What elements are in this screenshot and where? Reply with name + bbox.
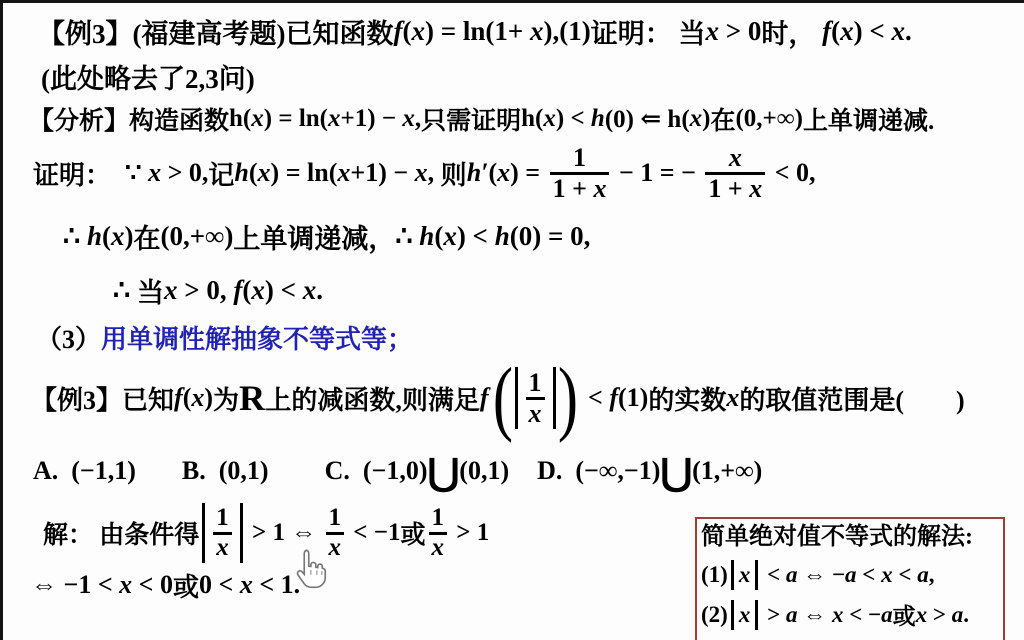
text-run: ),(1)	[544, 16, 591, 47]
hand-pointer-cursor	[293, 546, 329, 592]
math-fraction: 1x	[526, 369, 545, 427]
text-run: a	[952, 602, 964, 628]
text-run: > 1	[450, 519, 489, 547]
fraction-numerator: x	[726, 144, 745, 171]
text-run: 的实数	[648, 380, 726, 417]
text-run: h	[87, 221, 102, 252]
content-line-9: A. (−1,1)B. (0,1)C. (−1,0)⋃(0,1)D. (−∞,−…	[33, 449, 762, 493]
text-run: f	[480, 383, 489, 413]
absolute-value-bars: x	[731, 560, 759, 590]
text-run: ⋃	[660, 454, 692, 492]
text-run: (此处略去了2,3问)	[41, 57, 255, 96]
content-line-6: ∴ 当x > 0, f(x) < x.	[113, 267, 323, 313]
text-run: (1)	[701, 562, 728, 588]
note-box-items: (1)x < a ⇔ −a < x < a,(2)x > a ⇔ x < −a或…	[701, 555, 999, 635]
text-run: 或	[401, 515, 426, 551]
note-box-title: 简单绝对值不等式的解法:	[701, 521, 999, 555]
text-run: R	[239, 380, 265, 416]
text-run: )	[204, 383, 213, 413]
math-fraction: 1x	[213, 505, 232, 561]
text-run: x	[148, 158, 161, 188]
text-run: x	[739, 602, 751, 628]
text-run: x	[916, 602, 928, 628]
text-run: ⇔	[797, 602, 832, 628]
text-run: (0,1)	[459, 456, 509, 486]
text-run: >	[761, 602, 786, 628]
text-run: h(	[229, 105, 251, 133]
text-run: h(	[521, 105, 543, 133]
text-run: ∵	[125, 158, 148, 188]
text-run: x	[543, 105, 556, 133]
text-run: x	[432, 535, 445, 561]
content-line-2: (此处略去了2,3问)	[41, 55, 255, 97]
text-run: (0) ⇐ h(	[605, 104, 690, 134]
spacer	[269, 471, 325, 472]
text-run: 的取值范围是( )	[739, 380, 964, 417]
highlight-text-run: 用单调性解抽象不等式等；	[101, 319, 413, 356]
text-run: D. (−∞,−1)	[537, 456, 660, 486]
content-line-5: ∴ h(x)在(0,+∞)上单调递减，∴ h(x) < h(0) = 0,	[63, 213, 590, 259]
text-run: <	[857, 562, 882, 588]
text-run: 1 +	[553, 175, 594, 202]
text-run: < 0	[132, 570, 173, 600]
fraction-denominator: x	[429, 535, 448, 561]
text-run: x	[497, 158, 510, 188]
lecture-slide: 【例3】(福建高考题)已知函数f(x) = ln(1+ x),(1)证明： 当x…	[0, 0, 1024, 640]
text-run: x	[749, 175, 762, 202]
text-run: (0,+∞)	[160, 221, 233, 252]
text-run: f	[393, 16, 402, 47]
text-run: +1) −	[341, 105, 403, 133]
spacer	[509, 471, 537, 472]
text-run: x	[216, 535, 229, 561]
text-run: x	[443, 221, 457, 252]
text-run: > 1 ⇔	[246, 519, 323, 547]
text-run: )	[702, 105, 710, 133]
text-run: ,	[428, 158, 441, 188]
text-run: 0 <	[199, 570, 240, 600]
text-run: x	[892, 16, 906, 47]
text-run: x	[881, 562, 893, 588]
text-run: (	[102, 221, 111, 252]
text-run: x	[164, 275, 178, 306]
text-run: 时，	[761, 12, 822, 51]
fraction-denominator: 1 + x	[550, 175, 610, 202]
text-run: x	[402, 105, 415, 133]
text-run: .	[316, 275, 323, 306]
text-run: ⇔ −	[797, 562, 845, 588]
text-run: > 0,	[161, 158, 208, 188]
text-run: ) <	[556, 105, 591, 133]
text-run: (0) = 0,	[510, 221, 591, 252]
fraction-numerator: 1	[213, 505, 232, 531]
text-run: 1 +	[708, 175, 749, 202]
text-run: ) = ln(	[271, 158, 338, 188]
text-run: h	[419, 221, 434, 252]
text-run: > 0	[719, 16, 761, 47]
text-run: +1) −	[350, 158, 414, 188]
text-run: < −	[843, 602, 881, 628]
text-run: x	[832, 602, 844, 628]
text-run: x	[251, 275, 265, 306]
hand-pointer-icon	[293, 546, 329, 592]
text-run: (2)	[701, 602, 728, 628]
text-run: C. (−1,0)	[325, 456, 428, 486]
text-run: ∴	[395, 221, 419, 252]
math-fraction: 11 + x	[550, 144, 610, 202]
text-run: 【分析】构造函数	[29, 101, 229, 137]
text-run: ⋃	[428, 454, 460, 492]
text-run: ∴	[63, 221, 87, 252]
text-run: (	[434, 221, 443, 252]
text-run: ) = ln(	[264, 105, 328, 133]
spacer	[111, 173, 125, 174]
text-run: x	[690, 105, 703, 133]
text-run: x	[258, 158, 271, 188]
fraction-numerator: 1	[326, 505, 345, 531]
text-run: 1	[216, 505, 229, 531]
text-run: a	[786, 602, 798, 628]
text-run: 证明：	[33, 155, 111, 192]
note-box-item-2: (2)x > a ⇔ x < −a或x > a.	[701, 595, 999, 635]
text-run: x	[411, 16, 425, 47]
text-run: > 0,	[177, 275, 233, 306]
text-run: ,	[929, 562, 935, 588]
text-run: (1)	[618, 383, 648, 413]
text-run: (	[249, 158, 258, 188]
text-run: (	[831, 16, 840, 47]
text-run: 1	[573, 144, 586, 171]
text-run: 或	[893, 598, 916, 631]
text-run: x	[706, 16, 720, 47]
note-box: 简单绝对值不等式的解法: (1)x < a ⇔ −a < x < a,(2)x …	[695, 517, 1005, 640]
text-run: − 1 = −	[612, 158, 702, 188]
text-run: ⇔ −1 <	[31, 570, 119, 600]
text-run: x	[191, 383, 204, 413]
fraction-denominator: x	[526, 400, 545, 427]
text-run: 只需证明	[421, 101, 521, 137]
text-run: 为	[213, 380, 239, 417]
paren-content: 1x	[512, 367, 559, 429]
content-line-11: ⇔ −1 < x < 0或0 < x < 1.	[31, 563, 300, 607]
content-line-10: 解： 由条件得1x > 1 ⇔ 1x < −1或1x > 1	[43, 501, 489, 565]
text-run: f	[822, 16, 831, 47]
text-run: f	[233, 275, 242, 306]
text-run: 【例3】(福建高考题)已知函数	[38, 12, 393, 51]
fraction-numerator: 1	[570, 144, 589, 171]
text-run: < −1	[347, 519, 401, 547]
text-run: x	[529, 400, 542, 427]
text-run: <	[893, 562, 918, 588]
content-line-1: 【例3】(福建高考题)已知函数f(x) = ln(1+ x),(1)证明： 当x…	[38, 9, 912, 53]
math-fraction: x1 + x	[705, 144, 765, 202]
math-fraction: 1x	[429, 505, 448, 561]
text-run: <	[581, 383, 609, 413]
open-paren-glyph: (	[492, 356, 512, 440]
content-line-4: 证明：∵ x > 0,记h(x) = ln(x+1) − x, 则h′(x) =…	[33, 139, 816, 207]
text-run: h	[234, 158, 248, 188]
text-run: ) <	[854, 16, 892, 47]
text-run: x	[328, 105, 341, 133]
text-run: ) = ln(1+	[425, 16, 530, 47]
text-run: x	[119, 570, 132, 600]
text-run: A. (−1,1)	[33, 456, 136, 486]
text-run: a	[845, 562, 857, 588]
text-run: x	[415, 158, 428, 188]
text-run: .	[963, 602, 969, 628]
text-run: x	[329, 535, 342, 561]
text-run: x	[240, 570, 253, 600]
absolute-value-bars: x	[731, 600, 759, 630]
text-run: ) =	[510, 158, 546, 188]
text-run: >	[927, 602, 952, 628]
text-run: f	[174, 383, 183, 413]
text-run: (	[488, 158, 497, 188]
text-run: (0,+∞)	[735, 105, 802, 133]
text-run: 1	[529, 369, 542, 396]
fraction-numerator: 1	[526, 369, 545, 396]
text-run: 解： 由条件得	[43, 515, 199, 551]
absolute-value-bars: 1x	[515, 367, 556, 429]
close-paren-glyph: )	[557, 356, 577, 440]
text-run: .	[905, 16, 912, 47]
text-run: 证明： 当	[591, 12, 706, 51]
text-run: 【例3】已知	[31, 380, 174, 417]
content-line-8: 【例3】已知f(x)为R上的减函数,则满足f(1x) < f(1)的实数x的取值…	[31, 351, 965, 445]
text-run: x	[530, 16, 544, 47]
content-line-3: 【分析】构造函数h(x) = ln(x+1) − x,只需证明h(x) < h(…	[29, 97, 934, 141]
text-run: 在	[710, 101, 735, 137]
text-run: x	[337, 158, 350, 188]
text-run: 或	[173, 567, 199, 604]
text-run: f	[609, 383, 618, 413]
fraction-denominator: 1 + x	[705, 175, 765, 202]
spacer	[136, 471, 182, 472]
text-run: x	[251, 105, 264, 133]
text-run: 则	[441, 155, 467, 192]
content-line-7: （3）用单调性解抽象不等式等；	[36, 319, 413, 355]
text-run: 1	[432, 505, 445, 531]
text-run: <	[761, 562, 786, 588]
absolute-value-bars: 1x	[202, 503, 243, 563]
text-run: )	[124, 221, 133, 252]
big-parentheses: (1x)	[489, 356, 582, 440]
text-run: 上单调递减，	[233, 217, 395, 256]
text-run: x	[729, 144, 742, 171]
text-run: 在	[133, 217, 160, 256]
text-run: x	[303, 275, 317, 306]
text-run: x	[593, 175, 606, 202]
text-run: < 0,	[768, 158, 815, 188]
text-run: ∴	[113, 275, 137, 306]
text-run: x	[111, 221, 125, 252]
text-run: x	[840, 16, 854, 47]
text-run: h	[591, 105, 605, 133]
text-run: ) <	[265, 275, 303, 306]
fraction-numerator: 1	[429, 505, 448, 531]
text-run: (	[242, 275, 251, 306]
text-run: x	[726, 383, 739, 413]
text-run: 当	[137, 271, 164, 310]
text-run: (1,+∞)	[692, 456, 762, 486]
text-run: a	[786, 562, 798, 588]
text-run: ) <	[457, 221, 495, 252]
text-run: 上的减函数,则满足	[265, 380, 480, 417]
text-run: h′	[467, 158, 489, 188]
text-run: 记	[208, 155, 234, 192]
text-run: x	[739, 562, 751, 588]
text-run: a	[917, 562, 929, 588]
text-run: h	[495, 221, 510, 252]
text-run: B. (0,1)	[182, 456, 269, 486]
text-run: 上单调递减.	[803, 101, 934, 137]
fraction-denominator: x	[213, 535, 232, 561]
note-box-item-1: (1)x < a ⇔ −a < x < a,	[701, 555, 999, 595]
text-run: （3）	[36, 319, 101, 356]
text-run: a	[881, 602, 893, 628]
text-run: 1	[329, 505, 342, 531]
